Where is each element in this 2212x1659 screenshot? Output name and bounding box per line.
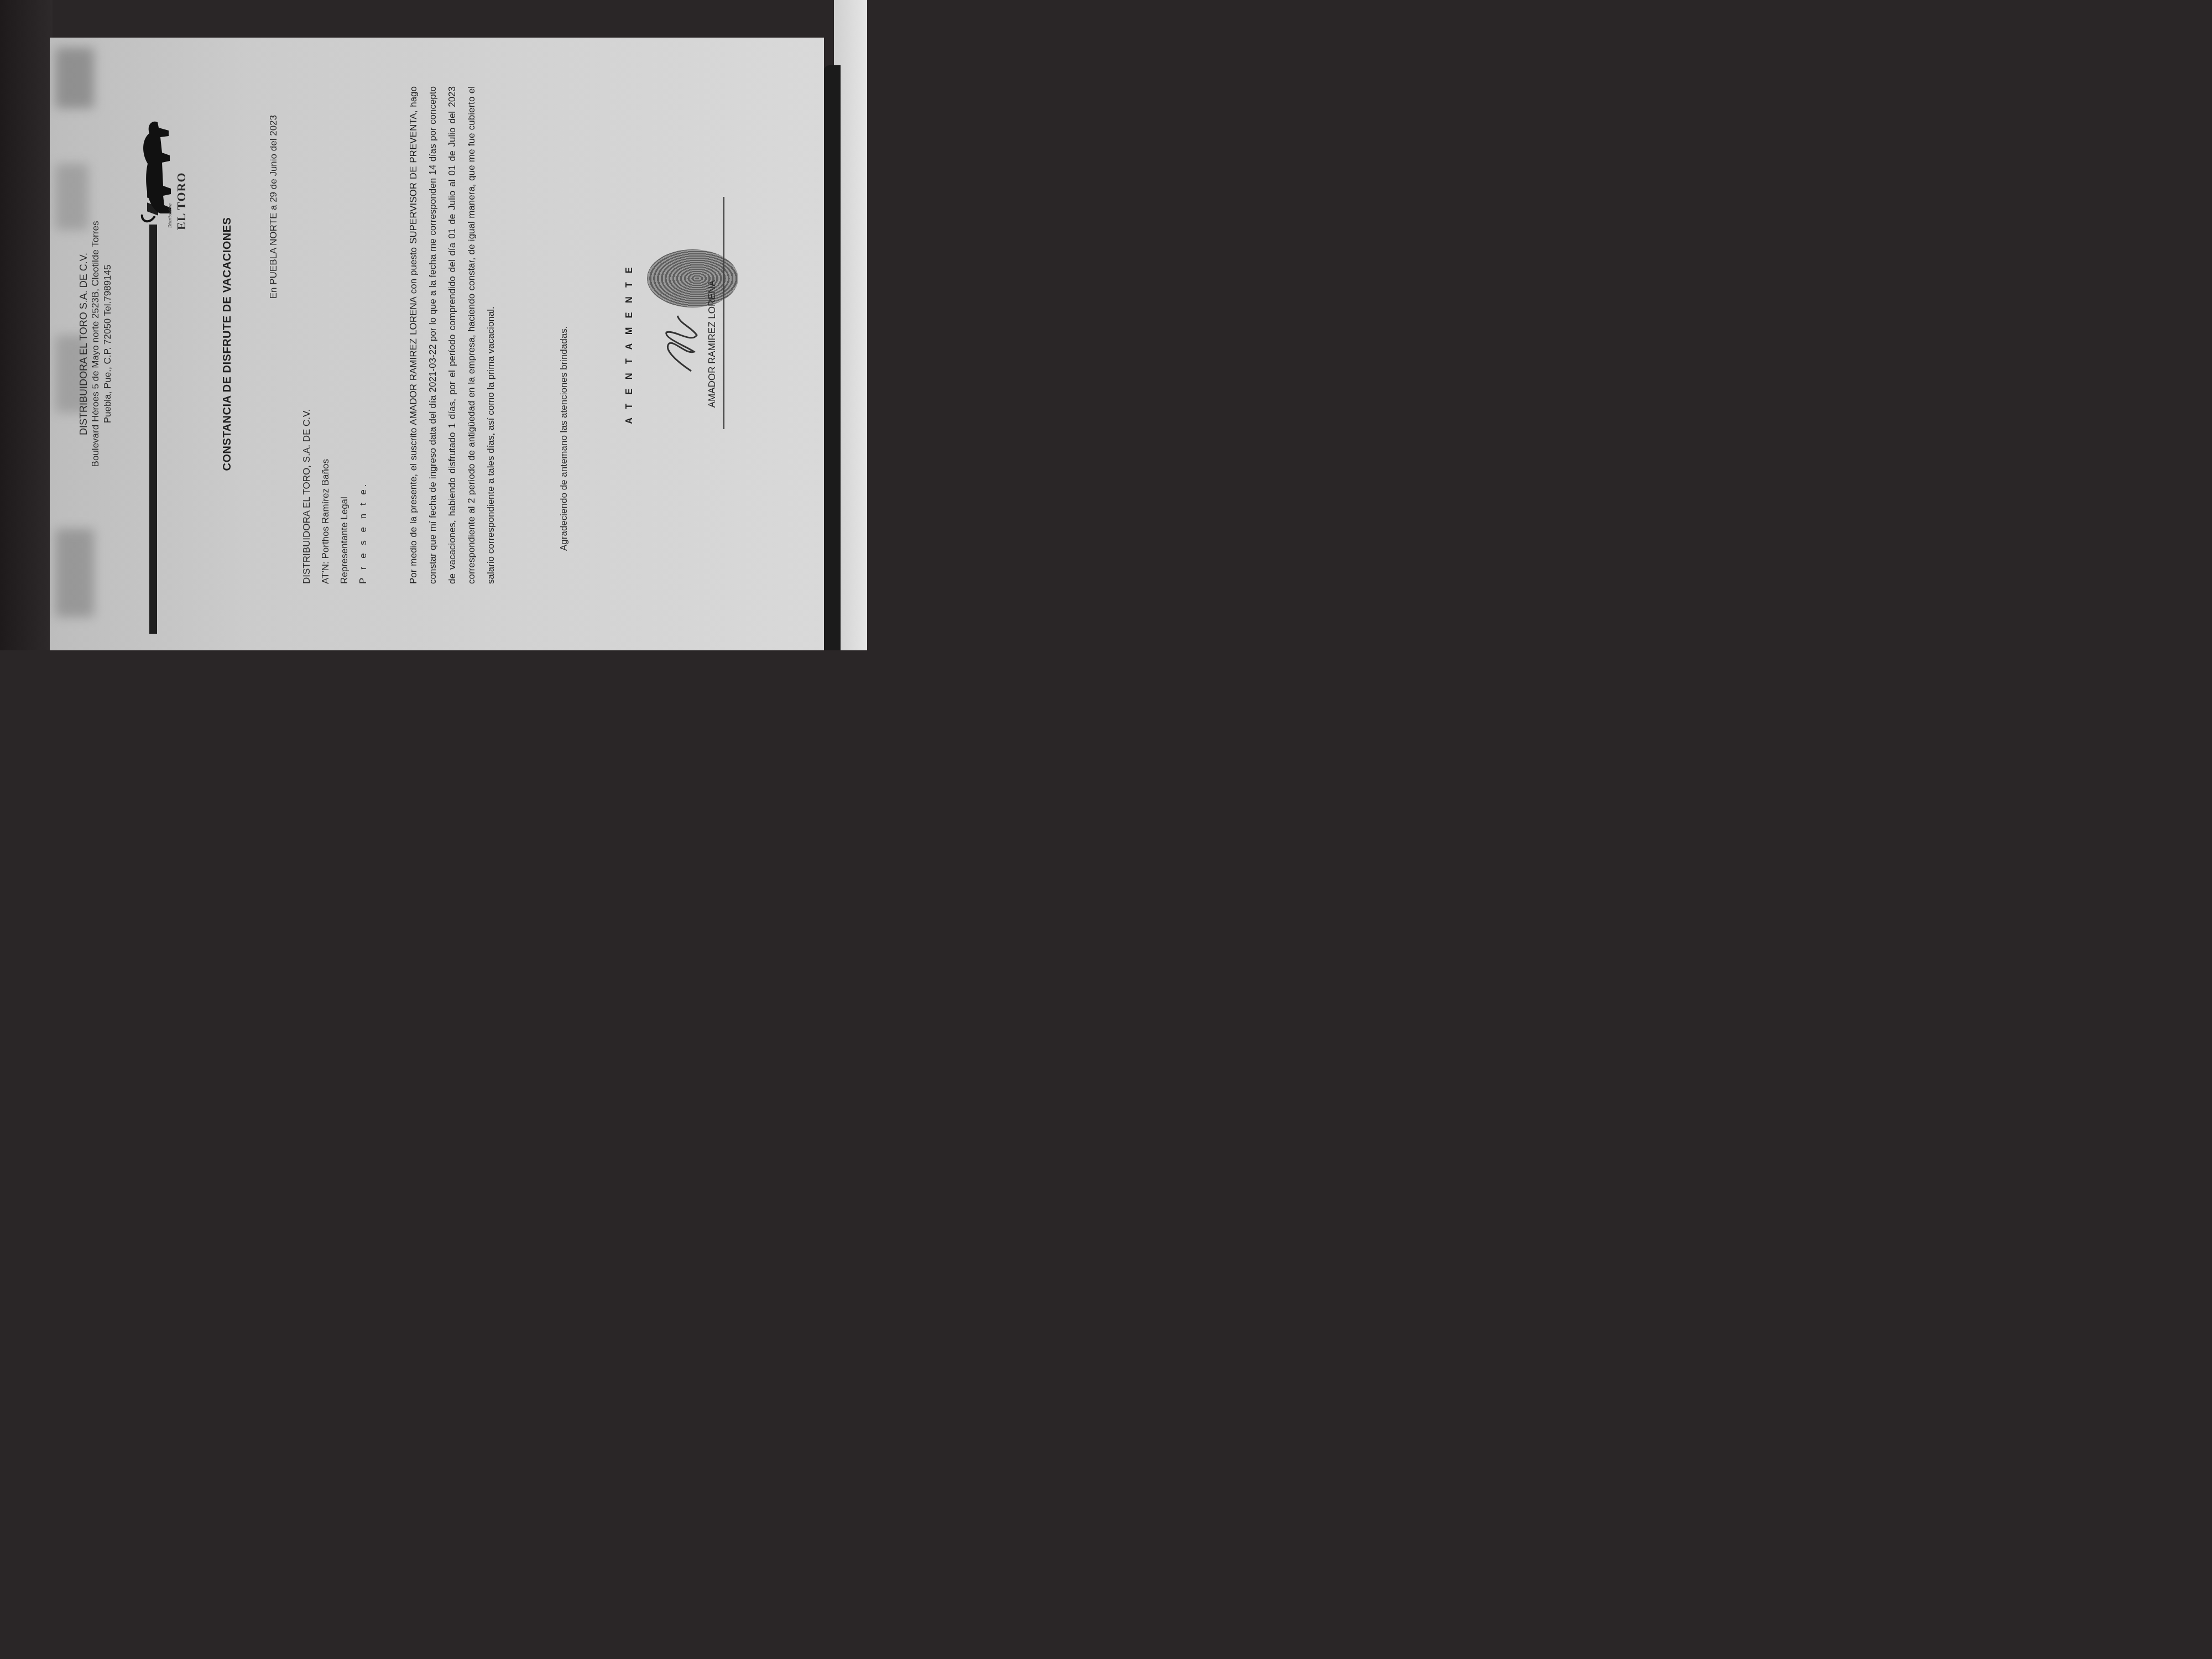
handwritten-signature-icon (653, 310, 702, 377)
document-paper: DISTRIBUIDORA EL TORO S.A. DE C.V. Boule… (50, 38, 824, 650)
photographed-page: DISTRIBUIDORA EL TORO S.A. DE C.V. Boule… (50, 38, 824, 650)
addressee-block: DISTRIBUIDORA EL TORO, S.A. DE C.V. AT'N… (298, 409, 373, 584)
signature-line (723, 197, 724, 429)
letterhead-address: Boulevard Héroes 5 de Mayo norte 2523B, … (90, 38, 102, 650)
document-title: CONSTANCIA DE DISFRUTE DE VACACIONES (221, 38, 234, 650)
addressee-role: Representante Legal (335, 409, 354, 584)
header-bar (149, 225, 157, 634)
place-and-date: En PUEBLA NORTE a 29 de Junio del 2023 (268, 115, 279, 299)
background-surface-left (0, 0, 53, 650)
letterhead-company: DISTRIBUIDORA EL TORO S.A. DE C.V. (77, 38, 90, 650)
letterhead: DISTRIBUIDORA EL TORO S.A. DE C.V. Boule… (77, 38, 114, 650)
body-paragraph: Por medio de la presente, el suscrito AM… (404, 86, 500, 584)
company-logo: Distribuidora EL TORO (135, 108, 196, 230)
fingerprint-icon (647, 249, 738, 307)
logo-wordmark: EL TORO (174, 172, 189, 230)
sign-off: A T E N T A M E N T E (625, 38, 635, 650)
closing-line: Agradeciendo de antemano las atenciones … (559, 326, 570, 551)
signer-name: AMADOR RAMIREZ LORENA (707, 38, 718, 650)
addressee-company: DISTRIBUIDORA EL TORO, S.A. DE C.V. (298, 409, 316, 584)
addressee-attention: AT'N: Porthos Ramírez Baños (316, 409, 335, 584)
underlying-page-edge (824, 65, 841, 650)
addressee-greeting: P r e s e n t e. (354, 409, 373, 584)
letterhead-city-phone: Puebla, Pue., C.P. 72050 Tel.7989145 (102, 38, 114, 650)
logo-subtitle: Distribuidora (168, 204, 173, 228)
